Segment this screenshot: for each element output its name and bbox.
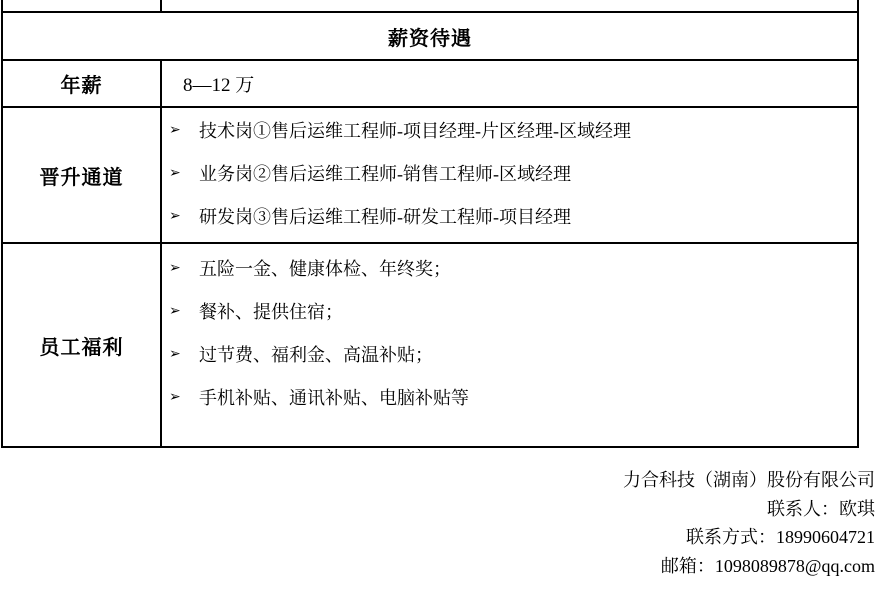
annual-salary-label: 年薪 [3,61,162,106]
table-row-annual-salary: 年薪 8—12 万 [3,61,857,108]
list-item: ➢ 手机补贴、通讯补贴、电脑补贴等 [162,375,857,418]
list-item: ➢ 餐补、提供住宿； [162,289,857,332]
benefits-list: ➢ 五险一金、健康体检、年终奖； ➢ 餐补、提供住宿； ➢ 过节费、福利金、高温… [162,244,857,446]
arrowhead-bullet-icon: ➢ [162,389,199,405]
list-item: ➢ 过节费、福利金、高温补贴； [162,332,857,375]
benefits-item-text: 过节费、福利金、高温补贴； [199,341,433,367]
contact-person: 联系人：欧琪 [623,495,875,524]
document-page: 薪资待遇 年薪 8—12 万 晋升通道 ➢ 技术岗①售后运维工程师-项目经理-片… [0,0,880,591]
contact-block: 力合科技（湖南）股份有限公司 联系人：欧琪 联系方式：18990604721 邮… [623,466,875,580]
list-item: ➢ 技术岗①售后运维工程师-项目经理-片区经理-区域经理 [162,108,857,151]
benefits-item-text: 餐补、提供住宿； [199,298,343,324]
annual-salary-value: 8—12 万 [162,61,857,106]
table-header-row: 薪资待遇 [3,13,857,61]
list-item: ➢ 业务岗②售后运维工程师-销售工程师-区域经理 [162,151,857,194]
promotion-item-text: 研发岗③售后运维工程师-研发工程师-项目经理 [199,203,571,229]
partial-right-cell [162,0,857,11]
list-item: ➢ 五险一金、健康体检、年终奖； [162,246,857,289]
salary-benefits-table: 薪资待遇 年薪 8—12 万 晋升通道 ➢ 技术岗①售后运维工程师-项目经理-片… [1,0,859,448]
benefits-item-text: 手机补贴、通讯补贴、电脑补贴等 [199,384,469,410]
promotion-item-text: 业务岗②售后运维工程师-销售工程师-区域经理 [199,160,571,186]
promotion-item-text: 技术岗①售后运维工程师-项目经理-片区经理-区域经理 [199,117,631,143]
contact-email: 邮箱：1098089878@qq.com [623,552,875,581]
table-row-benefits: 员工福利 ➢ 五险一金、健康体检、年终奖； ➢ 餐补、提供住宿； ➢ 过节费、福… [3,244,857,448]
benefits-item-text: 五险一金、健康体检、年终奖； [199,255,451,281]
benefits-label: 员工福利 [3,244,162,446]
promotion-list: ➢ 技术岗①售后运维工程师-项目经理-片区经理-区域经理 ➢ 业务岗②售后运维工… [162,108,857,242]
partial-left-cell [3,0,162,11]
table-title: 薪资待遇 [3,13,857,59]
arrowhead-bullet-icon: ➢ [162,260,199,276]
table-row-promotion: 晋升通道 ➢ 技术岗①售后运维工程师-项目经理-片区经理-区域经理 ➢ 业务岗②… [3,108,857,244]
contact-phone: 联系方式：18990604721 [623,523,875,552]
arrowhead-bullet-icon: ➢ [162,208,199,224]
arrowhead-bullet-icon: ➢ [162,165,199,181]
promotion-label: 晋升通道 [3,108,162,242]
table-row-partial [3,0,857,13]
arrowhead-bullet-icon: ➢ [162,346,199,362]
list-item: ➢ 研发岗③售后运维工程师-研发工程师-项目经理 [162,194,857,237]
arrowhead-bullet-icon: ➢ [162,122,199,138]
arrowhead-bullet-icon: ➢ [162,303,199,319]
company-name: 力合科技（湖南）股份有限公司 [623,466,875,495]
